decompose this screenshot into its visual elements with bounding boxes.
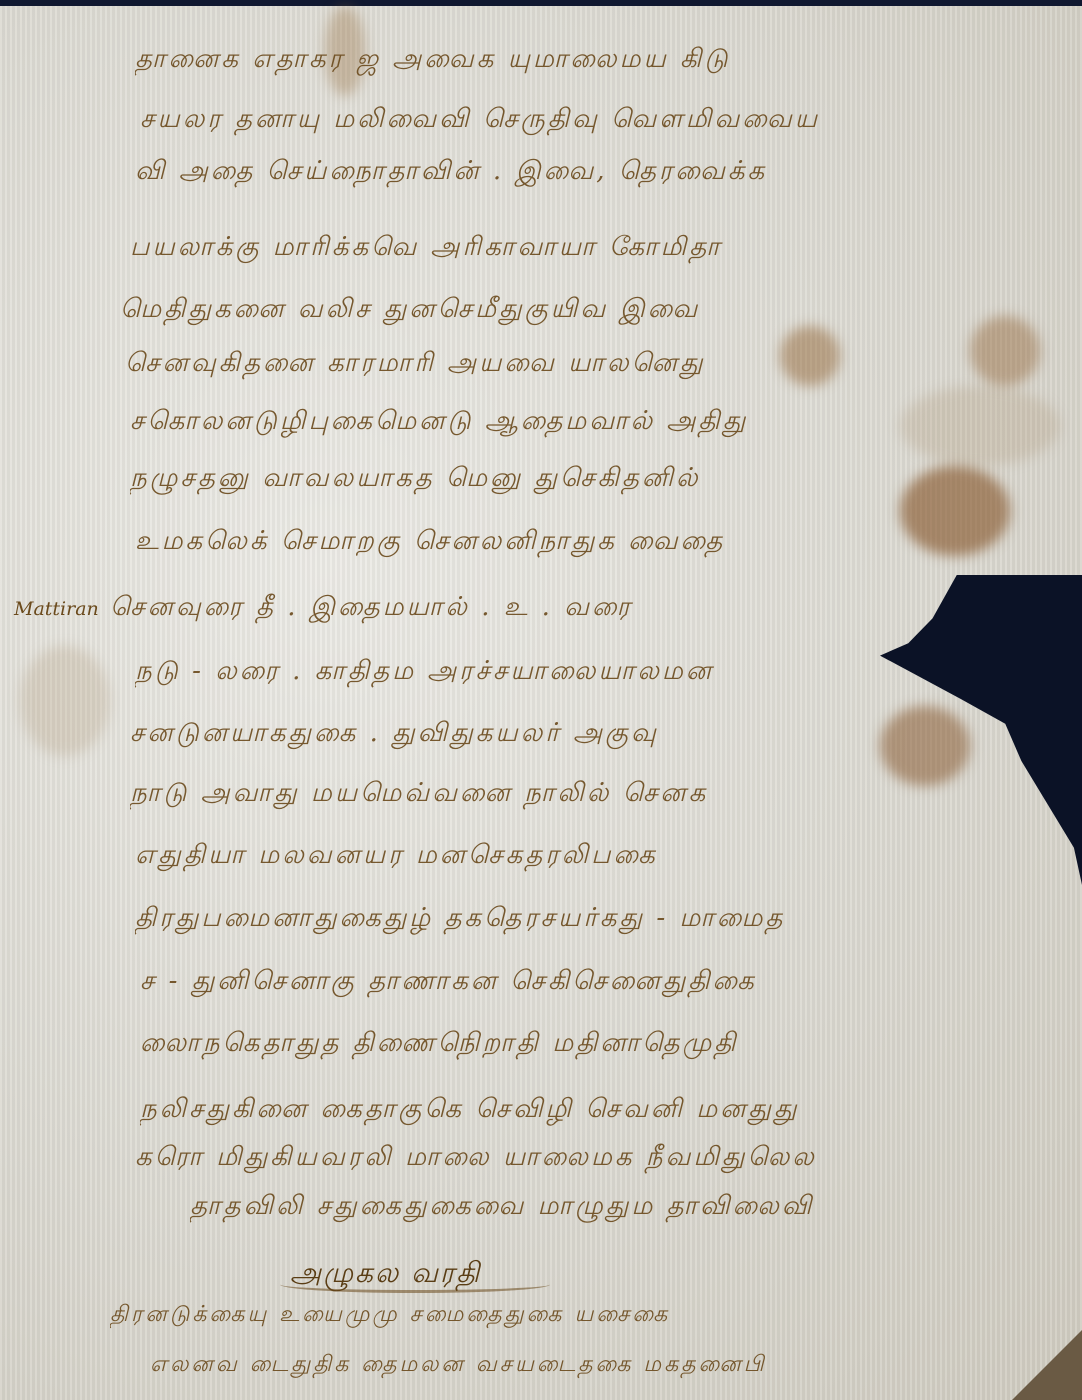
manuscript-line: சகொலனடுழிபுகைமெனடு ஆதைமவால் அதிது [130, 406, 1030, 440]
manuscript-line: நலிசதுகினை கைதாகுகெ செவிழி செவனி மனதுது [140, 1094, 1080, 1128]
manuscript-line: உமகலெக் செமாறகு செனலனிநாதுக வைதை [135, 526, 1065, 560]
manuscript-line: சயலர தனாயு மலிவைவி செருதிவு வெளமிவவைய [140, 104, 1040, 138]
stain-left-faint [20, 646, 110, 756]
manuscript-line: கரொ மிதுகியவரலி மாலை யாலைமக நீவமிதுலெல [135, 1142, 1015, 1176]
manuscript-line: ச - துனிசெனாகு தாணாகன செகிசெனைதுதிகை [140, 966, 1060, 1000]
manuscript-line: திரதுபமைனாதுகைதுழ் தகதெரசயர்கது - மாமைத [135, 903, 1025, 937]
manuscript-line: லைாநகெதாதுத திணைநெிறாதி மதினாதெமுதி [140, 1028, 1040, 1062]
signature-flourish [280, 1276, 550, 1293]
manuscript-line: தானைக எதாகர ஜ அவைக யுமாலைமய கிடு [135, 44, 1035, 78]
margin-note: Mattiran [14, 598, 99, 620]
manuscript-line: செனவுகிதனை காரமாரி அயவை யாலனெது [125, 348, 1065, 382]
manuscript-line: நழுசதனு வாவலயாகத மெனு துசெகிதனில் [130, 463, 1010, 497]
manuscript-line: சனடுனயாகதுகை . துவிதுகயலர் அகுவு [130, 718, 960, 752]
manuscript-photo: தானைக எதாகர ஜ அவைக யுமாலைமய கிடு சயலர தன… [0, 0, 1082, 1400]
manuscript-line: பயலாக்கு மாரிக்கவெ அரிகாவாயா கோமிதா [130, 232, 1050, 266]
manuscript-line: எதுதியா மலவனயர மனசெகதரலிபகை [135, 840, 1065, 874]
manuscript-line: தாதவிலி சதுகைதுகைவை மாழுதும தாவிலைவி [190, 1191, 950, 1225]
manuscript-line: திரனடுக்கையு உயைமுமு சமைதைதுகை யசைகை [110, 1302, 1070, 1336]
manuscript-line: மெதிதுகனை வலிச துனசெமீதுகுயிவ இவை [120, 294, 1040, 328]
manuscript-line: வி அதை செய்நைாதாவின் . இவை, தெரவைக்க [135, 156, 1075, 190]
manuscript-line: எலனவ டைதுதிக தைமலன வசயடைதகை மகதனைபி [150, 1352, 1070, 1386]
paper-sheet: தானைக எதாகர ஜ அவைக யுமாலைமய கிடு சயலர தன… [0, 6, 1082, 1400]
manuscript-line: நடு - லரை . காதிதம அரச்சயாலையாலமன [135, 656, 915, 690]
manuscript-line: நாடு அவாது மயமெவ்வனை நாலில் செனக [130, 778, 1050, 812]
manuscript-line: செனவுரை தீ . இதைமயால் . உ . வரை [110, 592, 970, 626]
